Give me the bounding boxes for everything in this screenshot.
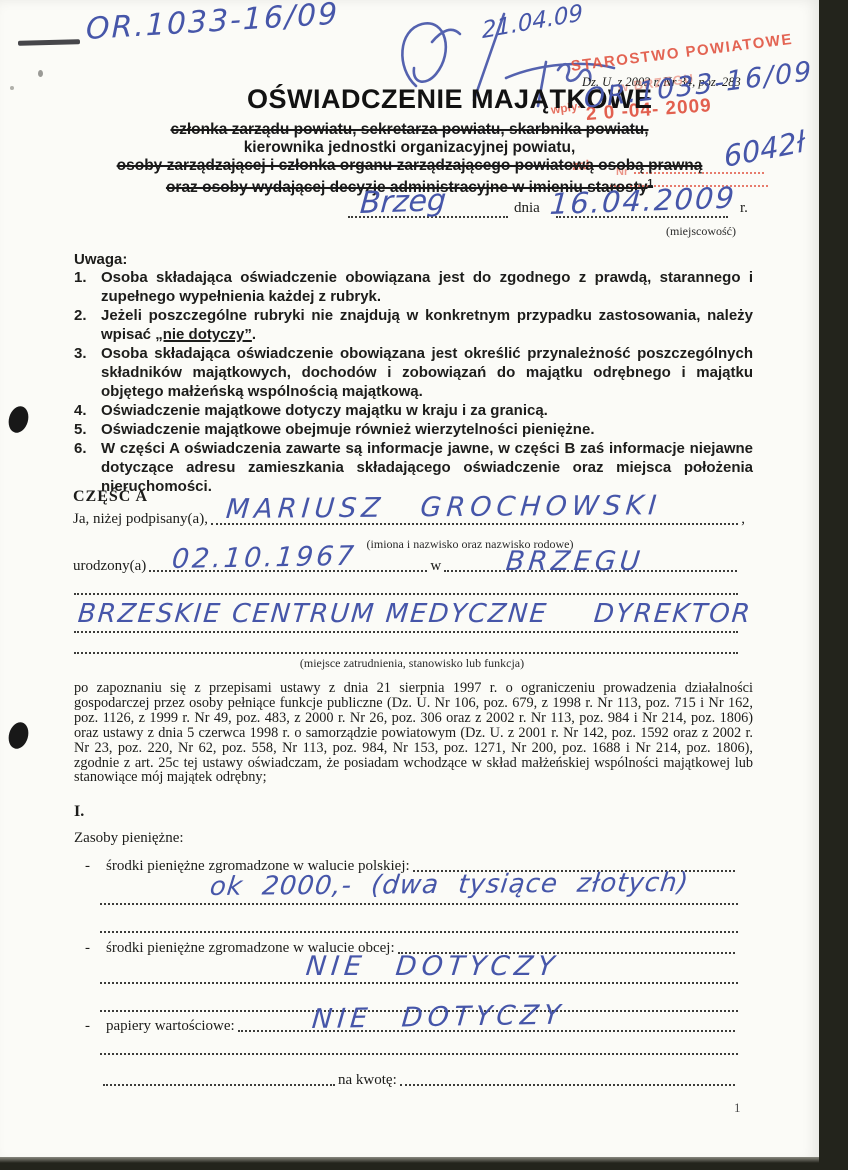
employment-dotted-line [74,593,738,595]
notes-block: Uwaga: 1.Osoba składająca oświadczenie o… [74,251,753,496]
hole-punch [6,720,32,751]
section-number: I. [74,803,84,821]
amount-dotted-line-left [103,1084,335,1086]
place-caption: (miejscowość) [666,224,736,239]
subtitle-line: członka zarządu powiatu, sekretarza powi… [0,121,819,139]
handwritten-birth-place: BRZEGU [504,546,645,577]
handwritten-birth-date: 02.10.1967 [171,541,358,575]
handwritten-date: 16.04.2009 [549,180,737,221]
handwritten-cash-pln: ok 2000,- (dwa tysiące złotych) [208,868,690,902]
pen-dash-mark [18,39,80,46]
paper-bottom-edge [0,1157,819,1163]
handwritten-place: Brzeg [359,183,448,221]
handwritten-cash-foreign: NIE DOTYCZY [304,951,560,982]
empty-dotted-line [100,931,738,933]
cash-foreign-dotted-line2 [100,982,738,984]
note-item: 1.Osoba składająca oświadczenie obowiąza… [74,268,753,306]
note-item: 3.Osoba składająca oświadczenie obowiąza… [74,344,753,401]
subtitle-line: kierownika jednostki organizacyjnej powi… [0,139,819,157]
handwritten-employer: BRZESKIE CENTRUM MEDYCZNE [77,599,550,629]
employment-dotted-line [74,631,738,633]
note-item: 2.Jeżeli poszczególne rubryki nie znajdu… [74,306,753,344]
part-a-heading: CZĘŚĆ A [73,488,148,506]
item-dash: - [85,1018,90,1035]
notes-heading: Uwaga: [74,251,753,268]
paper-sheet: OR.1033-16/09 21.04.09 STAROSTWO POWIATO… [0,0,819,1163]
declarant-comma: , [741,511,745,528]
item-dash: - [85,940,90,957]
subtitle-line: osoby zarządzającej i członka organu zar… [0,157,819,175]
hole-punch [6,404,32,435]
empty-dotted-line [100,1053,738,1055]
scanned-declaration-page: { "colors": { "ink_blue": "#4656a9", "st… [0,0,848,1170]
date-label: dnia [514,200,540,217]
note-item: 4.Oświadczenie majątkowe dotyczy majątku… [74,401,753,420]
year-suffix: r. [740,200,748,217]
employment-caption: (miejsce zatrudnienia, stanowisko lub fu… [242,656,582,671]
handwritten-employment: BRZESKIE CENTRUM MEDYCZNEDYREKTOR [77,599,753,629]
handwritten-position: DYREKTOR [593,599,753,629]
cash-pln-dotted-line2 [100,903,738,905]
employment-dotted-line [74,652,738,654]
born-label: urodzony(a) [73,558,146,575]
amount-row: na kwotę: [100,1072,738,1089]
paper-speck [38,70,43,77]
amount-dotted-line-right [400,1084,735,1086]
amount-label: na kwotę: [338,1072,397,1089]
declarant-label: Ja, niżej podpisany(a), [73,511,208,528]
note-item: 6.W części A oświadczenia zawarte są inf… [74,439,753,496]
item-dash: - [85,858,90,875]
handwritten-ref-top-left: OR.1033-16/09 [86,0,339,47]
assets-heading: Zasoby pieniężne: [74,830,184,847]
page-number: 1 [734,1100,741,1116]
in-label: w [430,558,441,575]
handwritten-full-name: MARIUSZ GROCHOWSKI [225,490,663,525]
paper-speck [10,86,14,90]
securities-label: papiery wartościowe: [106,1018,235,1035]
handwritten-securities: NIE DOTYCZY [311,1000,567,1035]
note-item: 5.Oświadczenie majątkowe obejmuje równie… [74,420,753,439]
legal-paragraph: po zapoznaniu się z przepisami ustawy z … [74,681,753,785]
